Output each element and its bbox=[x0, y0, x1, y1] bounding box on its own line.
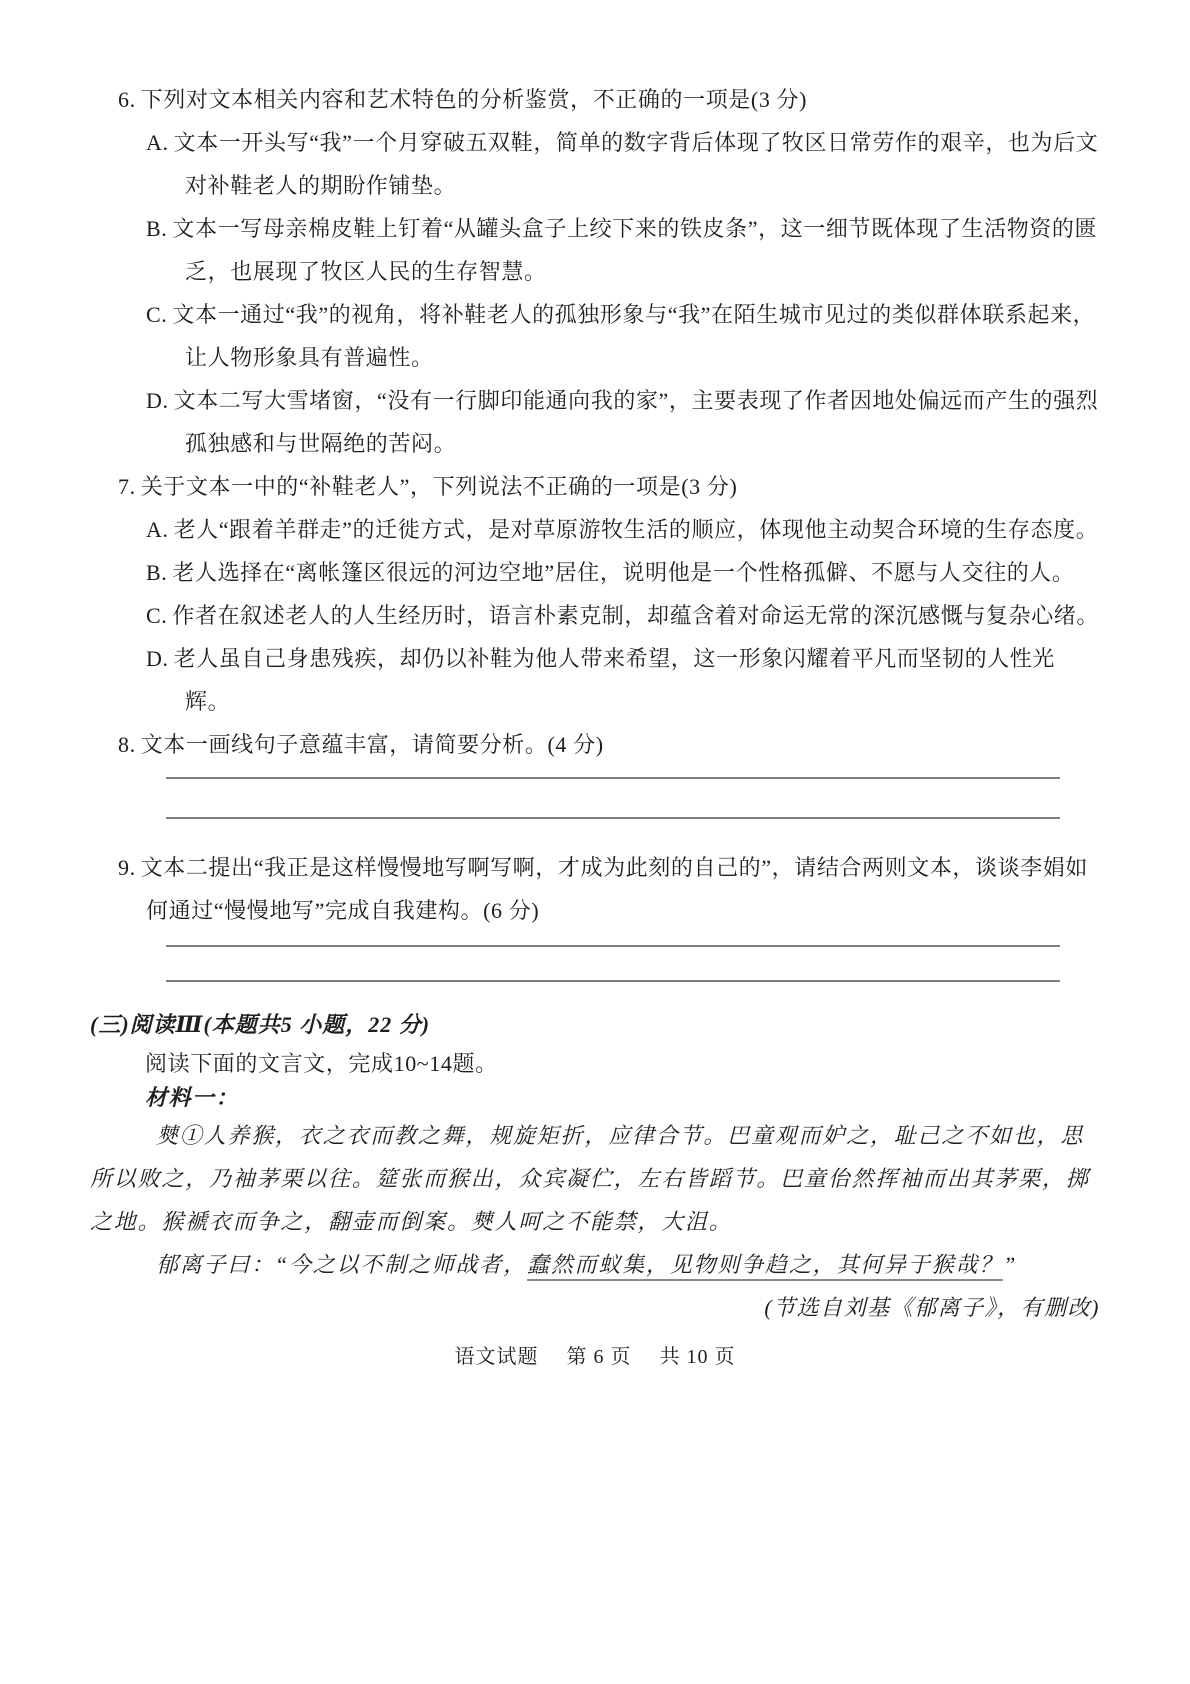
question-8: 8.文本一画线句子意蕴丰富，请简要分析。(4 分) bbox=[90, 723, 1100, 819]
option-text: 文本二写大雪堵窗，“没有一行脚印能通向我的家”，主要表现了作者因地处偏远而产生的… bbox=[174, 388, 1099, 456]
question-number: 7. bbox=[118, 474, 136, 499]
option-label: D. bbox=[146, 388, 169, 413]
option-label: D. bbox=[146, 646, 169, 671]
question-6-option-d: D.文本二写大雪堵窗，“没有一行脚印能通向我的家”，主要表现了作者因地处偏远而产… bbox=[90, 379, 1100, 465]
question-number: 9. bbox=[118, 855, 136, 880]
material-1-label: 材料一： bbox=[90, 1082, 1100, 1114]
option-text: 作者在叙述老人的人生经历时，语言朴素克制，却蕴含着对命运无常的深沉感慨与复杂心绪… bbox=[172, 603, 1099, 628]
option-label: A. bbox=[146, 517, 169, 542]
question-text: 下列对文本相关内容和艺术特色的分析鉴赏，不正确的一项是(3 分) bbox=[141, 87, 807, 112]
option-label: A. bbox=[146, 130, 169, 155]
quote-suffix: ” bbox=[1003, 1252, 1017, 1277]
section-3-reading: (三)阅读Ⅲ(本题共5 小题，22 分) 阅读下面的文言文，完成10~14题。 … bbox=[90, 1003, 1100, 1329]
question-7-option-c: C.作者在叙述老人的人生经历时，语言朴素克制，却蕴含着对命运无常的深沉感慨与复杂… bbox=[90, 594, 1100, 637]
question-number: 8. bbox=[118, 732, 136, 757]
option-label: C. bbox=[146, 302, 167, 327]
answer-blank-line bbox=[166, 817, 1060, 819]
question-6: 6.下列对文本相关内容和艺术特色的分析鉴赏，不正确的一项是(3 分) A.文本一… bbox=[90, 78, 1100, 465]
footer-exam-title: 语文试题 bbox=[455, 1346, 539, 1368]
classical-passage-paragraph-2: 郁离子曰：“今之以不制之师战者，蠢然而蚁集，见物则争趋之，其何异于猴哉？” bbox=[90, 1243, 1100, 1286]
option-text: 老人选择在“离帐篷区很远的河边空地”居住，说明他是一个性格孤僻、不愿与人交往的人… bbox=[172, 560, 1074, 585]
quote-prefix: 郁离子曰：“今之以不制之师战者， bbox=[156, 1252, 527, 1277]
question-7-option-b: B.老人选择在“离帐篷区很远的河边空地”居住，说明他是一个性格孤僻、不愿与人交往… bbox=[90, 551, 1100, 594]
question-text: 关于文本一中的“补鞋老人”，下列说法不正确的一项是(3 分) bbox=[141, 474, 738, 499]
option-label: C. bbox=[146, 603, 167, 628]
question-6-option-c: C.文本一通过“我”的视角，将补鞋老人的孤独形象与“我”在陌生城市见过的类似群体… bbox=[90, 293, 1100, 379]
footer-page-total: 共 10 页 bbox=[660, 1346, 736, 1368]
question-6-stem: 6.下列对文本相关内容和艺术特色的分析鉴赏，不正确的一项是(3 分) bbox=[90, 78, 1100, 121]
question-7-option-d: D.老人虽自己身患残疾，却仍以补鞋为他人带来希望，这一形象闪耀着平凡而坚韧的人性… bbox=[90, 637, 1100, 723]
underlined-quote: 蠢然而蚁集，见物则争趋之，其何异于猴哉？ bbox=[527, 1252, 1003, 1277]
answer-blank-line bbox=[166, 777, 1060, 779]
option-text: 文本一写母亲棉皮鞋上钉着“从罐头盒子上绞下来的铁皮条”，这一细节既体现了生活物资… bbox=[172, 216, 1097, 284]
question-9-stem: 9.文本二提出“我正是这样慢慢地写啊写啊，才成为此刻的自己的”，请结合两则文本，… bbox=[90, 846, 1100, 932]
exam-paper-page: 6.下列对文本相关内容和艺术特色的分析鉴赏，不正确的一项是(3 分) A.文本一… bbox=[0, 0, 1190, 1684]
question-6-option-b: B.文本一写母亲棉皮鞋上钉着“从罐头盒子上绞下来的铁皮条”，这一细节既体现了生活… bbox=[90, 207, 1100, 293]
section-3-title: (三)阅读Ⅲ(本题共5 小题，22 分) bbox=[90, 1003, 1100, 1046]
question-7-option-a: A.老人“跟着羊群走”的迁徙方式，是对草原游牧生活的顺应，体现他主动契合环境的生… bbox=[90, 508, 1100, 551]
question-text: 文本一画线句子意蕴丰富，请简要分析。(4 分) bbox=[141, 732, 604, 757]
question-text: 文本二提出“我正是这样慢慢地写啊写啊，才成为此刻的自己的”，请结合两则文本，谈谈… bbox=[141, 855, 1088, 923]
question-6-option-a: A.文本一开头写“我”一个月穿破五双鞋，简单的数字背后体现了牧区日常劳作的艰辛，… bbox=[90, 121, 1100, 207]
source-attribution: (节选自刘基《郁离子》，有删改) bbox=[90, 1286, 1100, 1329]
option-text: 老人虽自己身患残疾，却仍以补鞋为他人带来希望，这一形象闪耀着平凡而坚韧的人性光辉… bbox=[174, 646, 1055, 714]
question-7-stem: 7.关于文本一中的“补鞋老人”，下列说法不正确的一项是(3 分) bbox=[90, 465, 1100, 508]
section-3-instructions: 阅读下面的文言文，完成10~14题。 bbox=[90, 1046, 1100, 1082]
question-7: 7.关于文本一中的“补鞋老人”，下列说法不正确的一项是(3 分) A.老人“跟着… bbox=[90, 465, 1100, 723]
option-text: 文本一开头写“我”一个月穿破五双鞋，简单的数字背后体现了牧区日常劳作的艰辛，也为… bbox=[174, 130, 1099, 198]
option-label: B. bbox=[146, 216, 167, 241]
answer-blank-line bbox=[166, 945, 1060, 947]
footer-page-number: 第 6 页 bbox=[567, 1346, 632, 1368]
page-footer: 语文试题第 6 页共 10 页 bbox=[90, 1341, 1100, 1373]
option-text: 文本一通过“我”的视角，将补鞋老人的孤独形象与“我”在陌生城市见过的类似群体联系… bbox=[172, 302, 1095, 370]
question-number: 6. bbox=[118, 87, 136, 112]
question-8-stem: 8.文本一画线句子意蕴丰富，请简要分析。(4 分) bbox=[90, 723, 1100, 766]
classical-passage-paragraph-1: 僰①人养猴，衣之衣而教之舞，规旋矩折，应律合节。巴童观而妒之，耻己之不如也，思所… bbox=[90, 1114, 1100, 1243]
answer-blank-line bbox=[166, 980, 1060, 982]
option-text: 老人“跟着羊群走”的迁徙方式，是对草原游牧生活的顺应，体现他主动契合环境的生存态… bbox=[174, 517, 1099, 542]
question-9: 9.文本二提出“我正是这样慢慢地写啊写啊，才成为此刻的自己的”，请结合两则文本，… bbox=[90, 846, 1100, 982]
option-label: B. bbox=[146, 560, 167, 585]
